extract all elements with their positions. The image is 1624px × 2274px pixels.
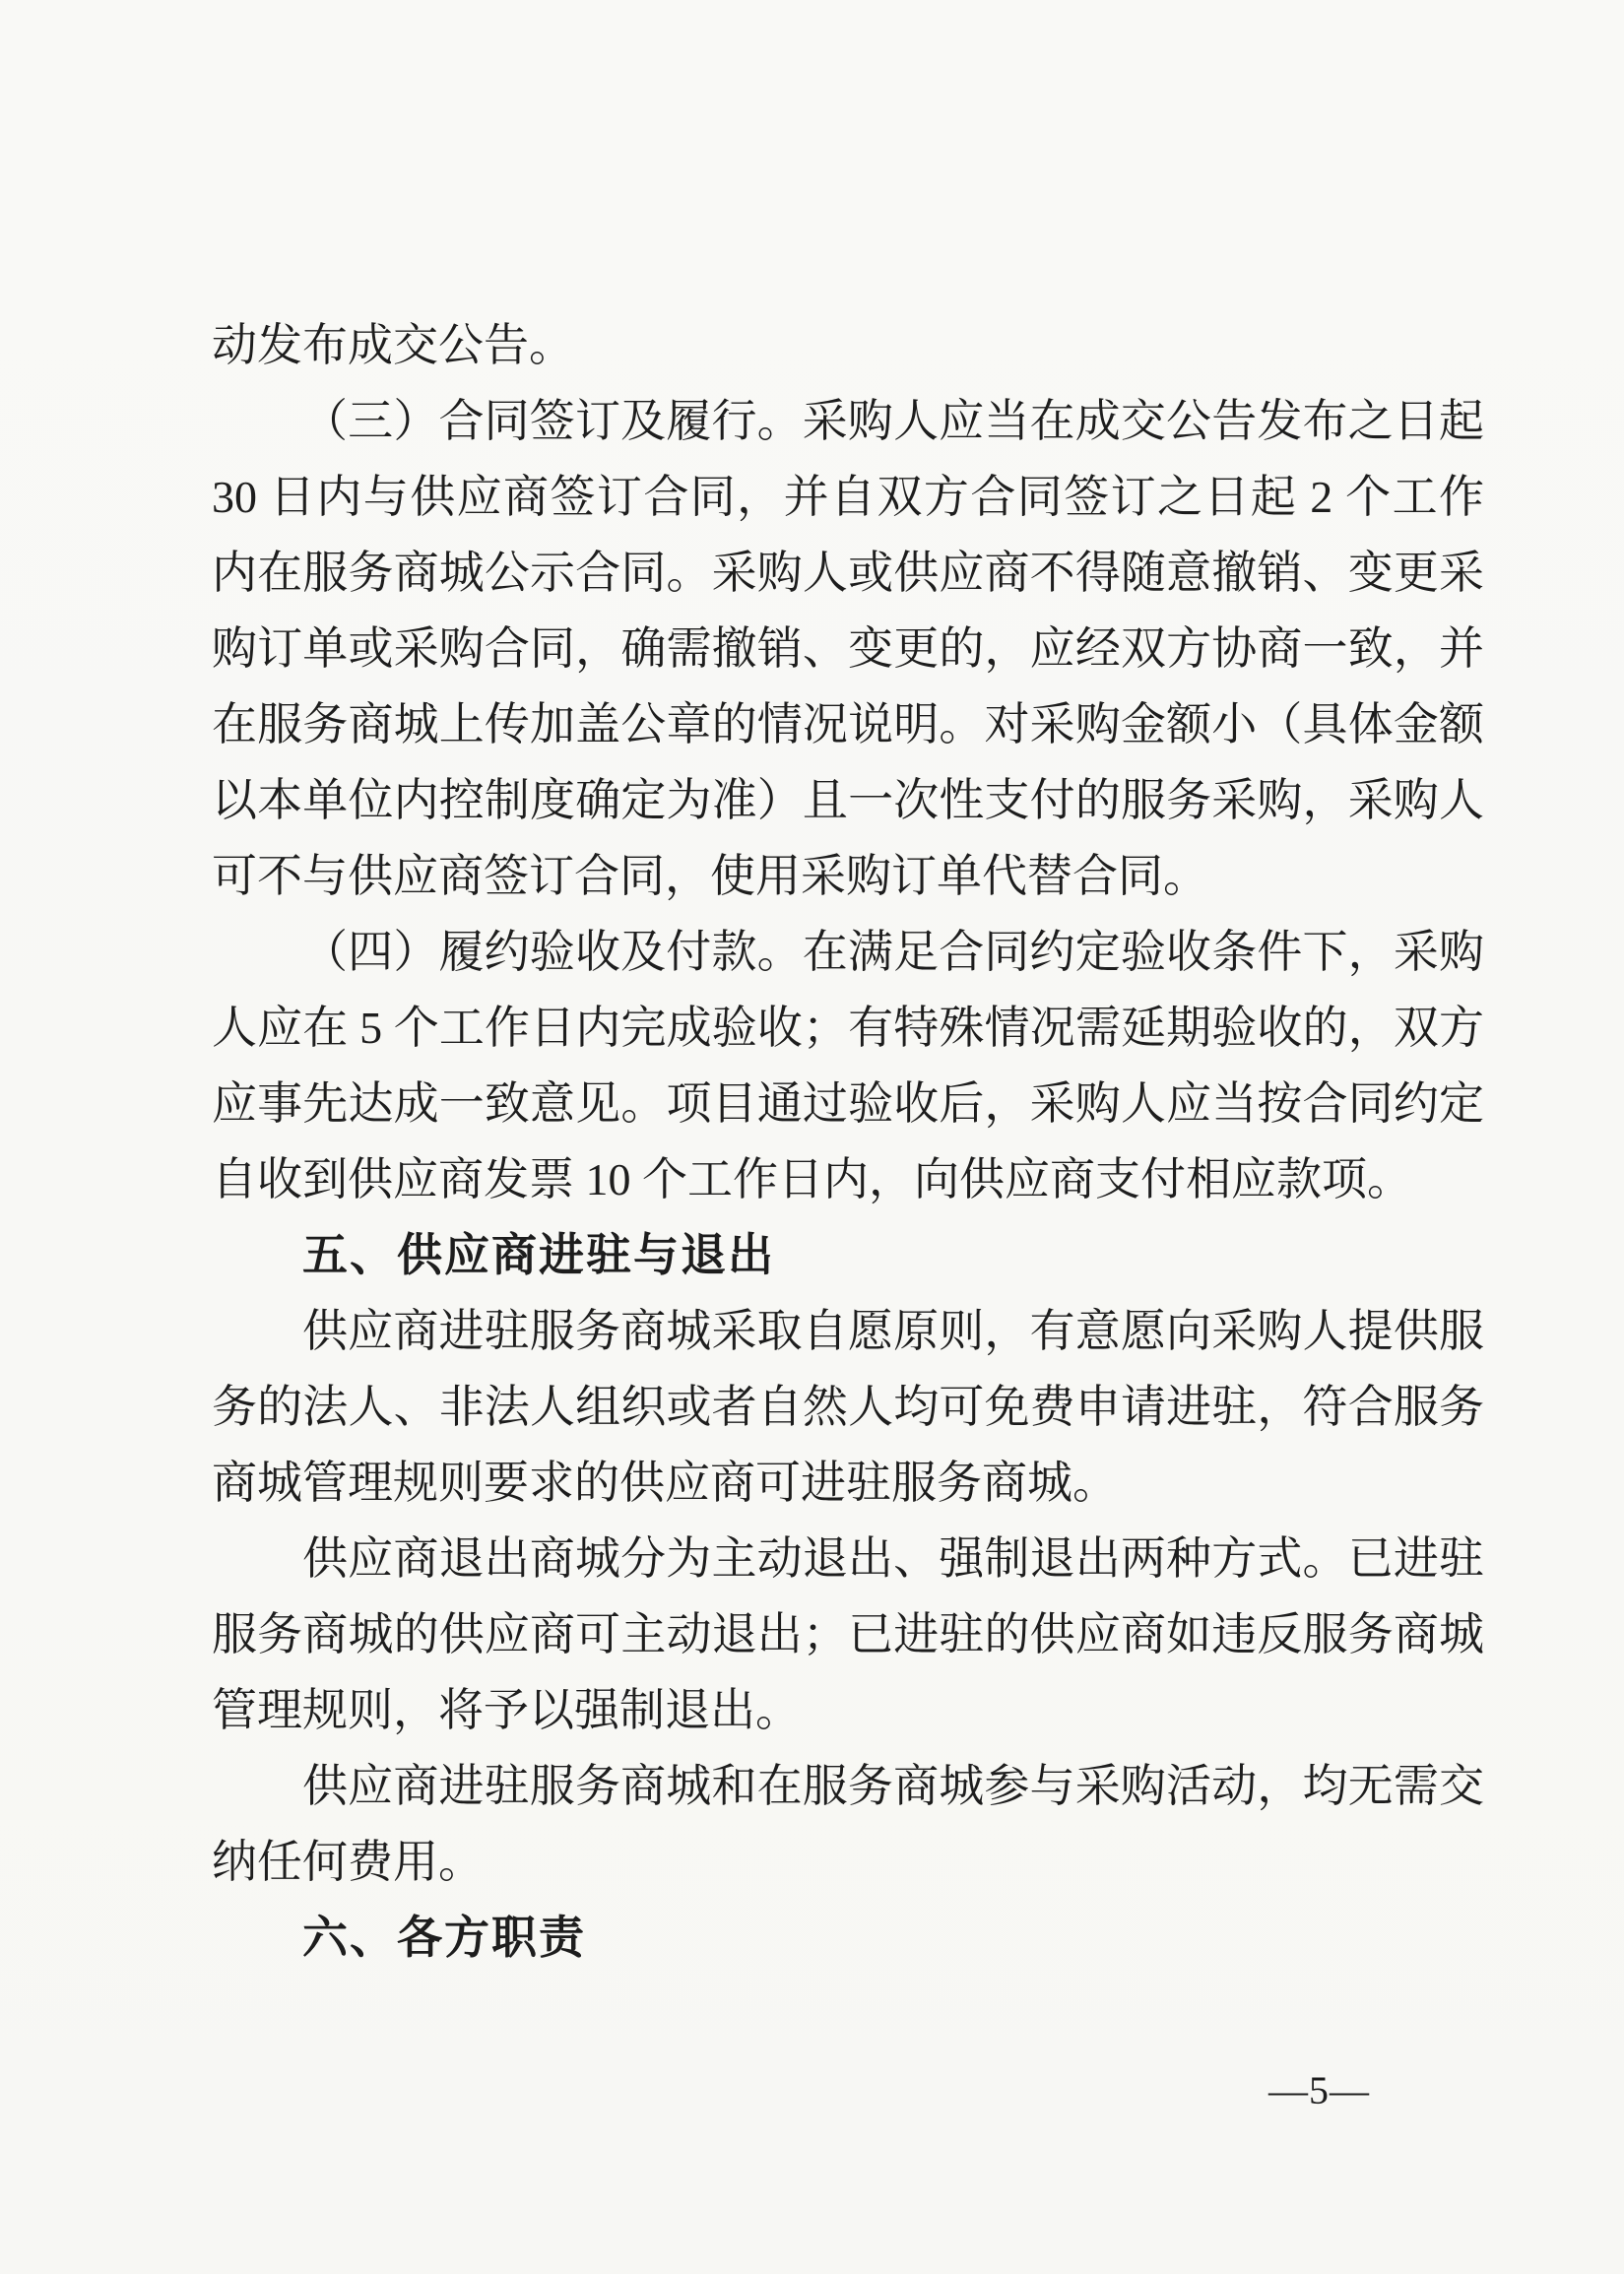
document-body: 动发布成交公告。 （三）合同签订及履行。采购人应当在成交公告发布之日起 30 日… <box>212 307 1484 1976</box>
text-line: 务的法人、非法人组织或者自然人均可免费申请进驻，符合服务 <box>212 1369 1484 1445</box>
text-line: 纳任何费用。 <box>212 1824 1484 1900</box>
text-line: 应事先达成一致意见。项目通过验收后，采购人应当按合同约定 <box>212 1066 1484 1141</box>
scanned-document-page: 动发布成交公告。 （三）合同签订及履行。采购人应当在成交公告发布之日起 30 日… <box>0 0 1624 2274</box>
page-number: —5— <box>1268 2066 1370 2115</box>
text-line: 动发布成交公告。 <box>212 307 1484 383</box>
section-heading-5: 五、供应商进驻与退出 <box>212 1217 1484 1293</box>
text-line: 管理规则，将予以强制退出。 <box>212 1672 1484 1748</box>
text-line: 以本单位内控制度确定为准）且一次性支付的服务采购，采购人 <box>212 762 1484 838</box>
text-line: 30 日内与供应商签订合同，并自双方合同签订之日起 2 个工作日 <box>212 459 1484 535</box>
text-line: 内在服务商城公示合同。采购人或供应商不得随意撤销、变更采 <box>212 535 1484 611</box>
text-line: 服务商城的供应商可主动退出；已进驻的供应商如违反服务商城 <box>212 1596 1484 1672</box>
text-line: 购订单或采购合同，确需撤销、变更的，应经双方协商一致，并 <box>212 611 1484 686</box>
text-line: 自收到供应商发票 10 个工作日内，向供应商支付相应款项。 <box>212 1141 1484 1217</box>
text-line: 商城管理规则要求的供应商可进驻服务商城。 <box>212 1445 1484 1521</box>
text-line: 供应商退出商城分为主动退出、强制退出两种方式。已进驻 <box>212 1521 1484 1596</box>
text-line: 人应在 5 个工作日内完成验收；有特殊情况需延期验收的，双方 <box>212 990 1484 1066</box>
text-line: （四）履约验收及付款。在满足合同约定验收条件下，采购 <box>212 914 1484 990</box>
text-line: 在服务商城上传加盖公章的情况说明。对采购金额小（具体金额 <box>212 686 1484 762</box>
text-line: 供应商进驻服务商城和在服务商城参与采购活动，均无需交 <box>212 1748 1484 1824</box>
text-line: 供应商进驻服务商城采取自愿原则，有意愿向采购人提供服 <box>212 1293 1484 1369</box>
text-line: （三）合同签订及履行。采购人应当在成交公告发布之日起 <box>212 383 1484 459</box>
section-heading-6: 六、各方职责 <box>212 1900 1484 1976</box>
text-line: 可不与供应商签订合同，使用采购订单代替合同。 <box>212 838 1484 914</box>
